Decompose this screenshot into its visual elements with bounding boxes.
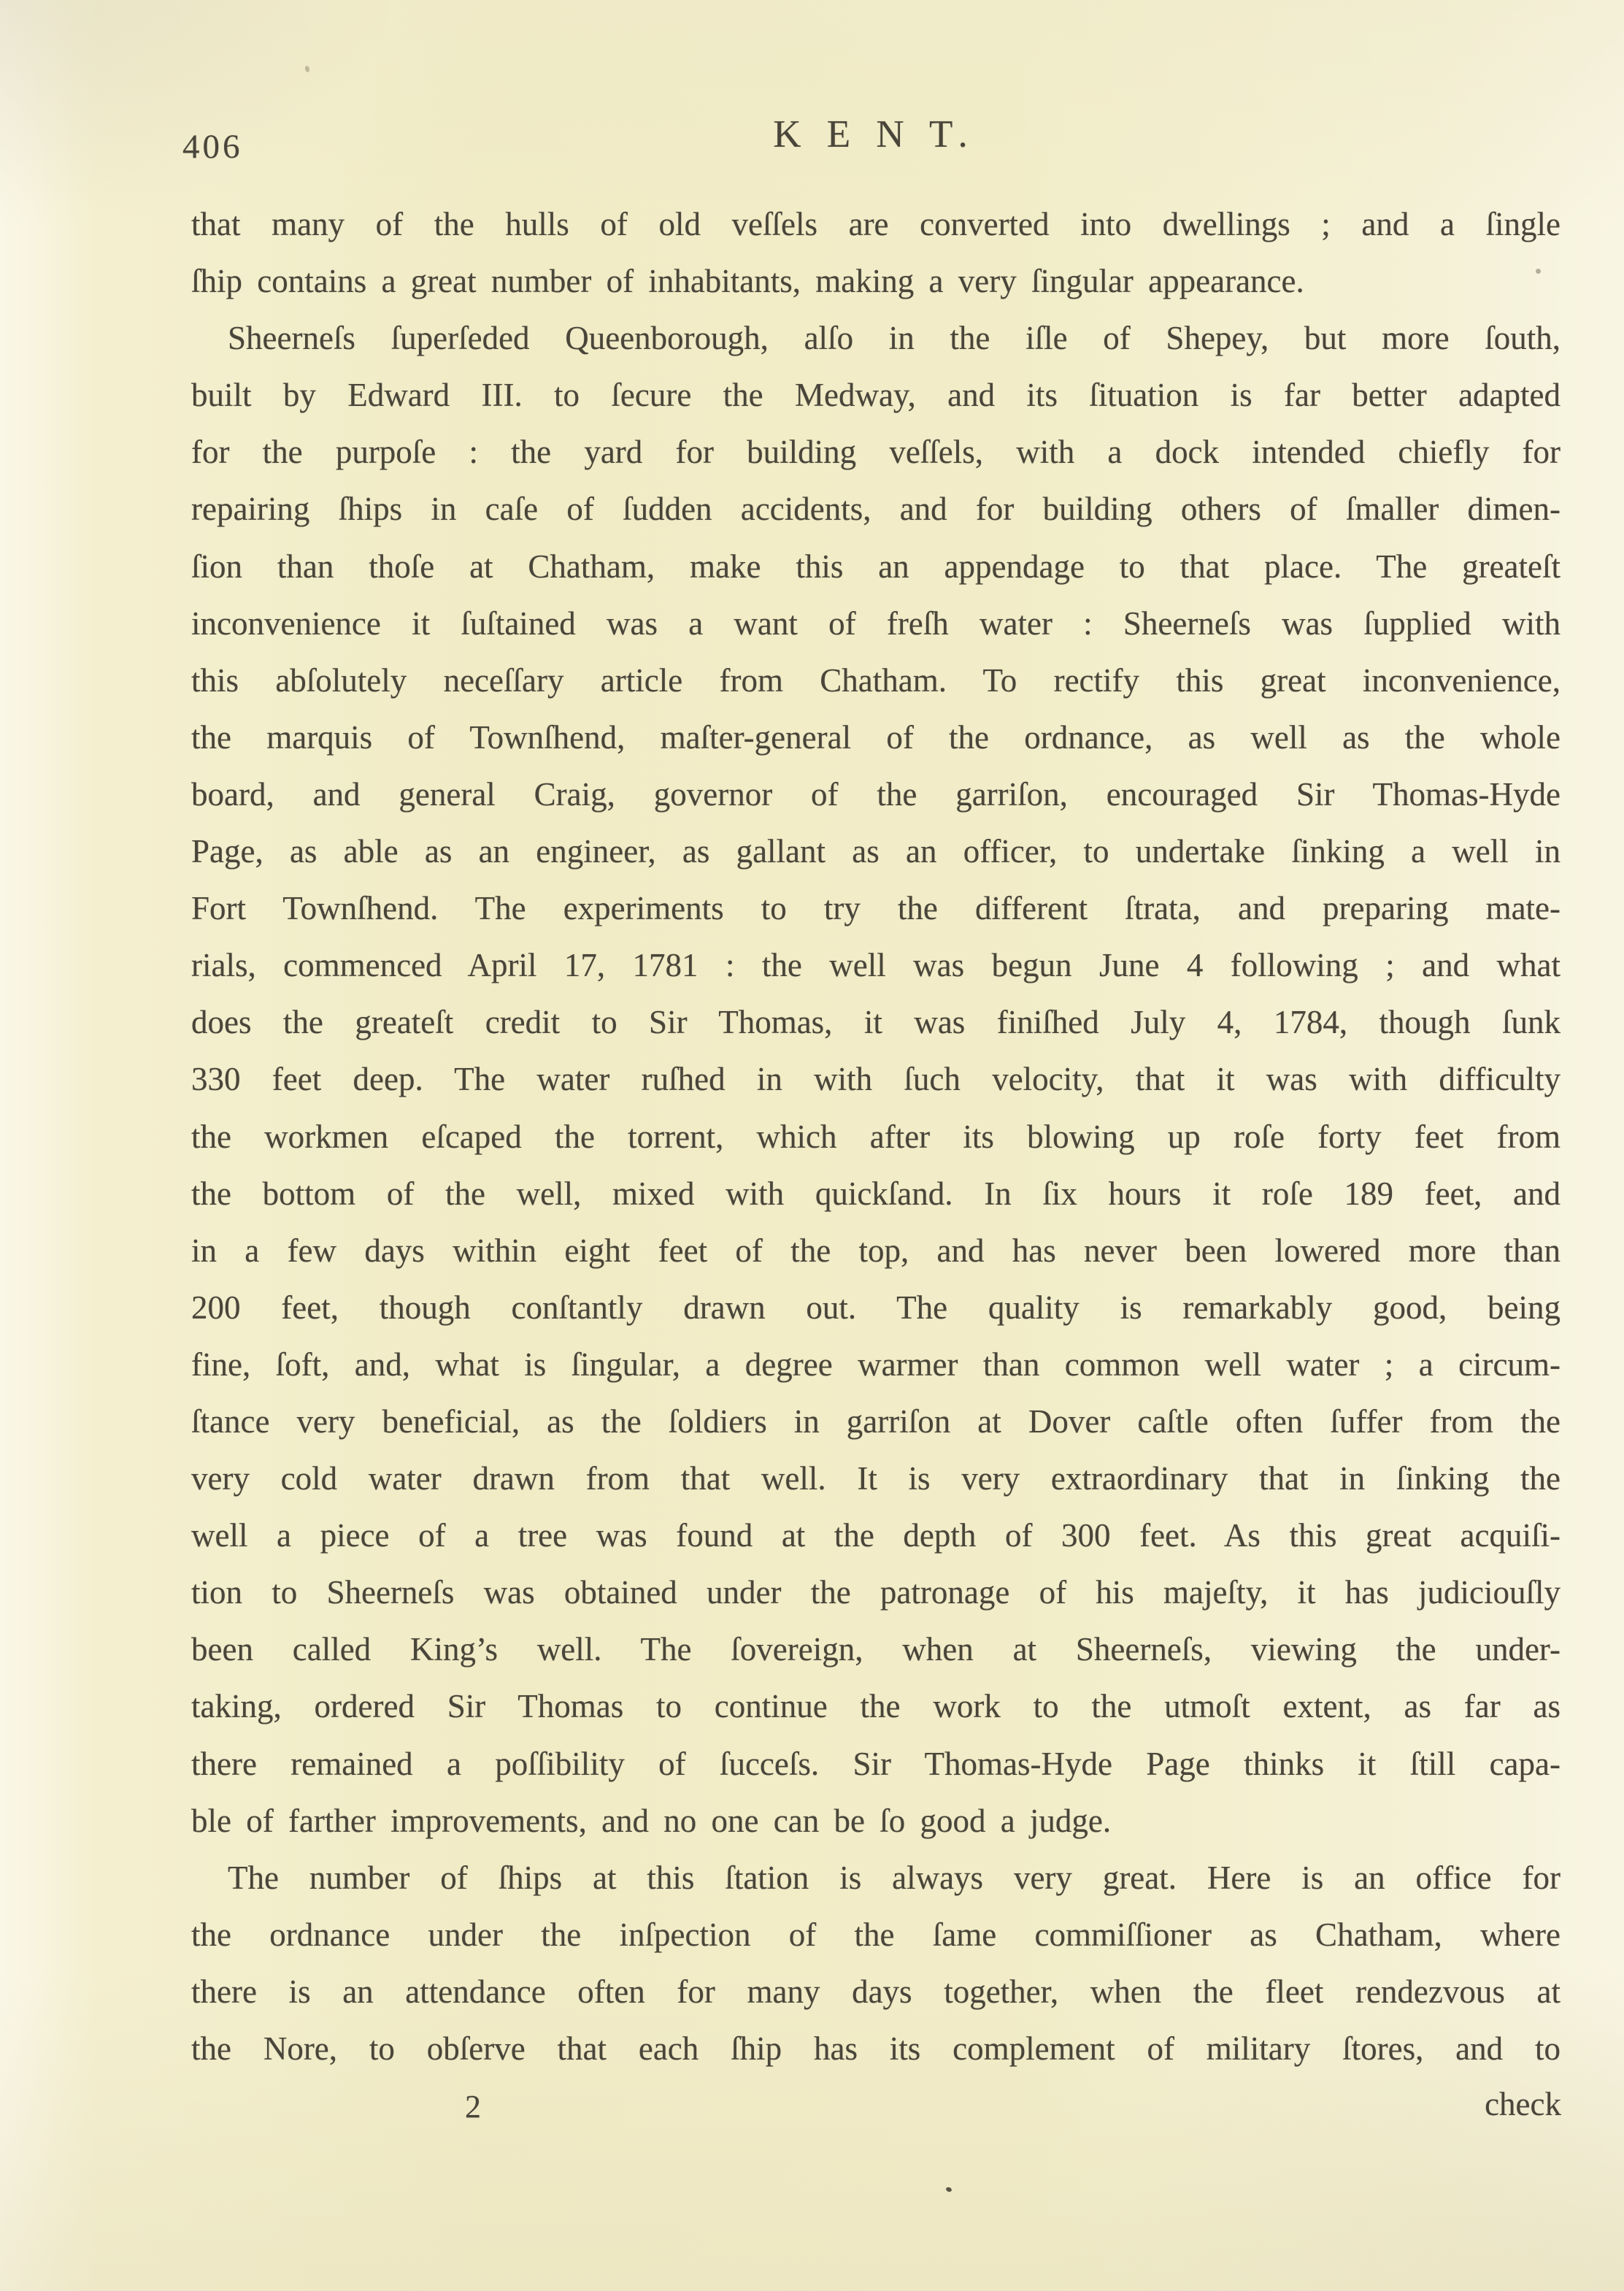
body-line: inconvenience it ſuſtained was a want of… <box>191 595 1560 652</box>
signature-mark: 2 <box>451 2088 495 2125</box>
body-line: Fort Townſhend. The experiments to try t… <box>191 880 1560 937</box>
running-header: K E N T. <box>714 112 1035 156</box>
body-text: that many of the hulls of old veſſels ar… <box>191 196 1560 2077</box>
body-line: fine, ſoft, and, what is ſingular, a deg… <box>191 1336 1560 1393</box>
body-line: Sheerneſs ſuperſeded Queenborough, alſo … <box>191 310 1560 367</box>
body-line: ſhip contains a great number of inhabita… <box>191 253 1560 310</box>
page-number: 406 <box>182 127 243 166</box>
body-line: board, and general Craig, governor of th… <box>191 766 1560 823</box>
ink-speck <box>1536 269 1541 274</box>
body-line: ſtance very beneficial, as the ſoldiers … <box>191 1393 1560 1450</box>
ink-speck <box>304 65 310 72</box>
body-line: for the purpoſe : the yard for building … <box>191 423 1560 480</box>
body-line: this abſolutely neceſſary article from C… <box>191 652 1560 709</box>
body-line: The number of ſhips at this ſtation is a… <box>191 1849 1560 1906</box>
body-line: the marquis of Townſhend, maſter-general… <box>191 709 1560 766</box>
body-line: taking, ordered Sir Thomas to continue t… <box>191 1678 1560 1735</box>
body-line: the bottom of the well, mixed with quick… <box>191 1165 1560 1222</box>
body-line: 200 feet, though conſtantly drawn out. T… <box>191 1279 1560 1336</box>
body-line: there is an attendance often for many da… <box>191 1963 1560 2020</box>
body-line: in a few days within eight feet of the t… <box>191 1222 1560 1279</box>
body-line: built by Edward III. to ſecure the Medwa… <box>191 367 1560 423</box>
body-line: the workmen eſcaped the torrent, which a… <box>191 1108 1560 1165</box>
body-line: ſion than thoſe at Chatham, make this an… <box>191 538 1560 595</box>
body-line: ble of farther improvements, and no one … <box>191 1792 1560 1849</box>
body-line: that many of the hulls of old veſſels ar… <box>191 196 1560 253</box>
body-line: does the greateſt credit to Sir Thomas, … <box>191 994 1560 1051</box>
body-line: 330 feet deep. The water ruſhed in with … <box>191 1051 1560 1108</box>
body-line: well a piece of a tree was found at the … <box>191 1507 1560 1564</box>
body-line: very cold water drawn from that well. It… <box>191 1450 1560 1507</box>
body-line: the Nore, to obſerve that each ſhip has … <box>191 2020 1560 2077</box>
body-line: the ordnance under the inſpection of the… <box>191 1906 1560 1963</box>
body-line: been called King’s well. The ſovereign, … <box>191 1621 1560 1678</box>
body-line: there remained a poſſibility of ſucceſs.… <box>191 1735 1560 1792</box>
catchword: check <box>1392 2085 1561 2123</box>
ink-speck <box>945 2187 953 2192</box>
scanned-book-page: 406 K E N T. that many of the hulls of o… <box>0 0 1624 2291</box>
body-line: Page, as able as an engineer, as gallant… <box>191 823 1560 880</box>
body-line: tion to Sheerneſs was obtained under the… <box>191 1564 1560 1621</box>
body-line: repairing ſhips in caſe of ſudden accide… <box>191 480 1560 537</box>
body-line: rials, commenced April 17, 1781 : the we… <box>191 937 1560 994</box>
